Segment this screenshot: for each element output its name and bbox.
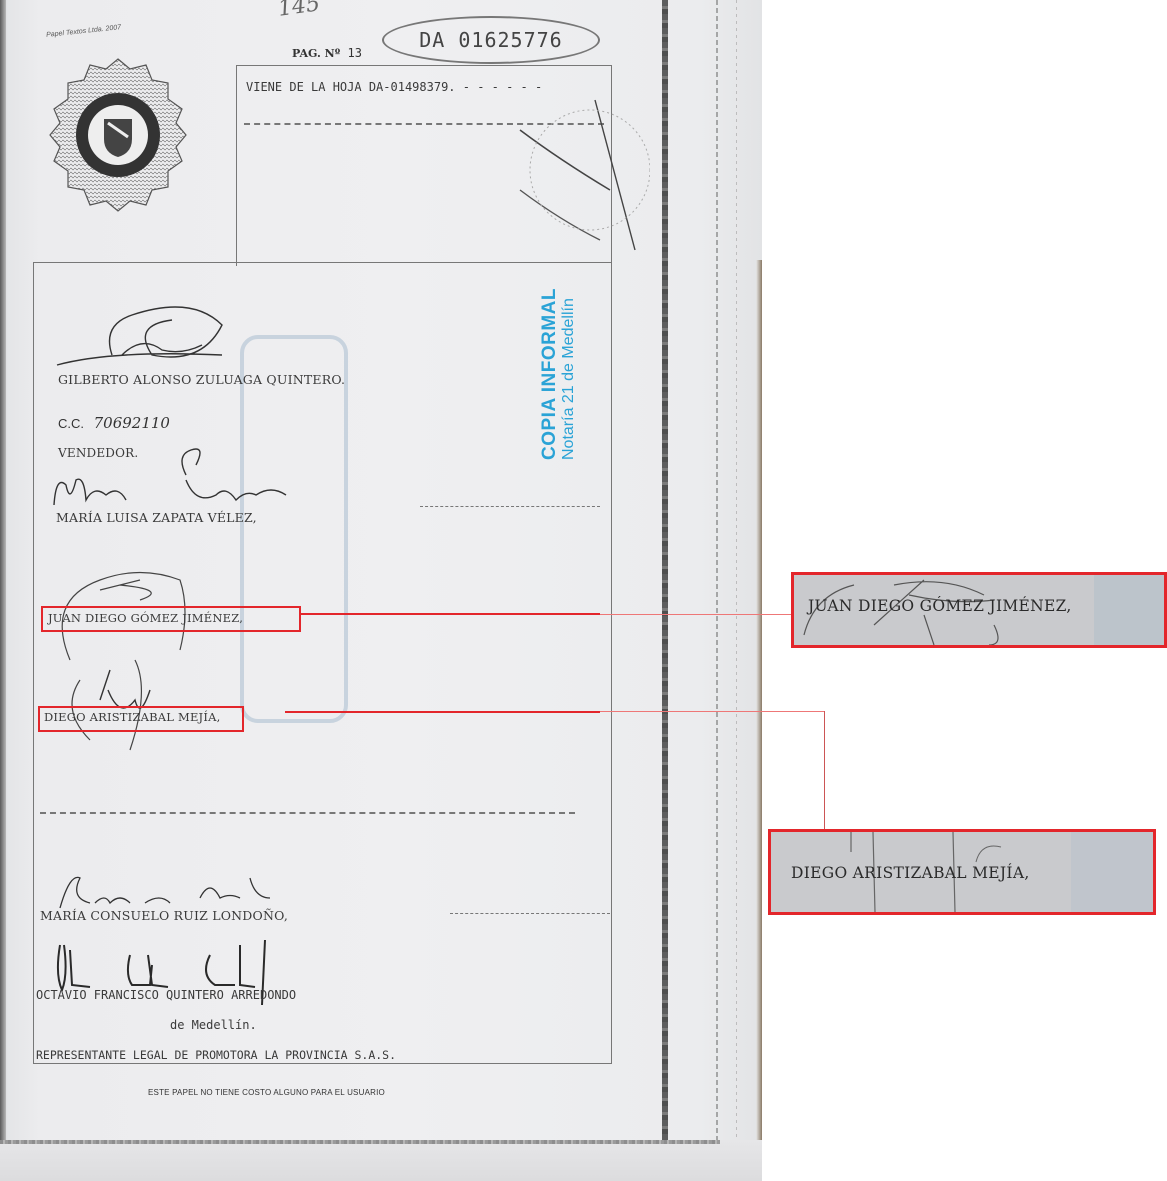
signature-maria-luisa-icon [46,445,306,515]
stamp-subtitle: Notaría 21 de Medellín [560,288,578,460]
page-number: PAG. Nº 13 [292,46,362,60]
highlight-connector [600,711,824,712]
dashed-separator [420,506,600,507]
svg-text:★: ★ [138,132,146,142]
scanner-artifact-line [736,0,737,1140]
paper-maker-label: Papel Textos Ltda. 2007 [46,24,122,39]
serial-number-oval: DA 01625776 [382,16,600,64]
notary-seal-icon: ★ ★ [38,55,198,215]
copia-informal-stamp: COPIA INFORMAL Notaría 21 de Medellín [540,288,578,460]
signatory-name: MARÍA LUISA ZAPATA VÉLEZ, [56,510,257,525]
continues-from-line: VIENE DE LA HOJA DA-01498379. - - - - - … [246,80,542,94]
highlight-connector [300,613,600,615]
zoom-callout-juan-diego: JUAN DIEGO GÓMEZ JIMÉNEZ, [791,572,1167,648]
scanned-document-page: Papel Textos Ltda. 2007 145 PAG. Nº 13 D… [0,0,762,1181]
highlight-box-juan-diego [41,606,301,632]
dashed-separator [40,812,575,814]
scanner-artifact-line [716,0,718,1140]
signatory-name: MARÍA CONSUELO RUIZ LONDOÑO, [40,908,288,923]
signature-gilberto-icon [52,295,232,375]
zoom-callout-diego: DIEGO ARISTIZABAL MEJÍA, [768,829,1156,915]
scanner-artifact-line [662,0,668,1140]
zoomed-name: DIEGO ARISTIZABAL MEJÍA, [791,864,1030,882]
id-line: C.C. 70692110 [58,414,170,432]
signatory-name: GILBERTO ALONSO ZULUAGA QUINTERO. [58,372,345,387]
highlight-connector [824,711,825,831]
footer-note: ESTE PAPEL NO TIENE COSTO ALGUNO PARA EL… [148,1088,385,1097]
page-label: PAG. Nº [292,47,340,60]
legal-rep-line: REPRESENTANTE LEGAL DE PROMOTORA LA PROV… [36,1048,396,1062]
page-edge-bottom [0,1140,762,1181]
dashed-separator [450,913,610,914]
highlight-connector [285,711,600,713]
highlight-connector [600,614,792,615]
handwritten-marks-icon [500,80,650,260]
signatory-name: OCTAVIO FRANCISCO QUINTERO ARREDONDO [36,988,296,1002]
stamp-title: COPIA INFORMAL [540,288,560,460]
city-line: de Medellín. [170,1018,257,1032]
zoomed-name: JUAN DIEGO GÓMEZ JIMÉNEZ, [808,597,1072,615]
serial-number: DA 01625776 [419,28,562,52]
handwritten-folio: 145 [276,0,321,22]
page-number-value: 13 [347,46,361,60]
highlight-box-diego [38,706,244,732]
id-label: C.C. [58,416,84,431]
faded-notary-stamp [240,335,348,723]
id-number: 70692110 [94,414,170,432]
page-edge-right [756,260,762,1181]
svg-text:★: ★ [90,132,98,142]
